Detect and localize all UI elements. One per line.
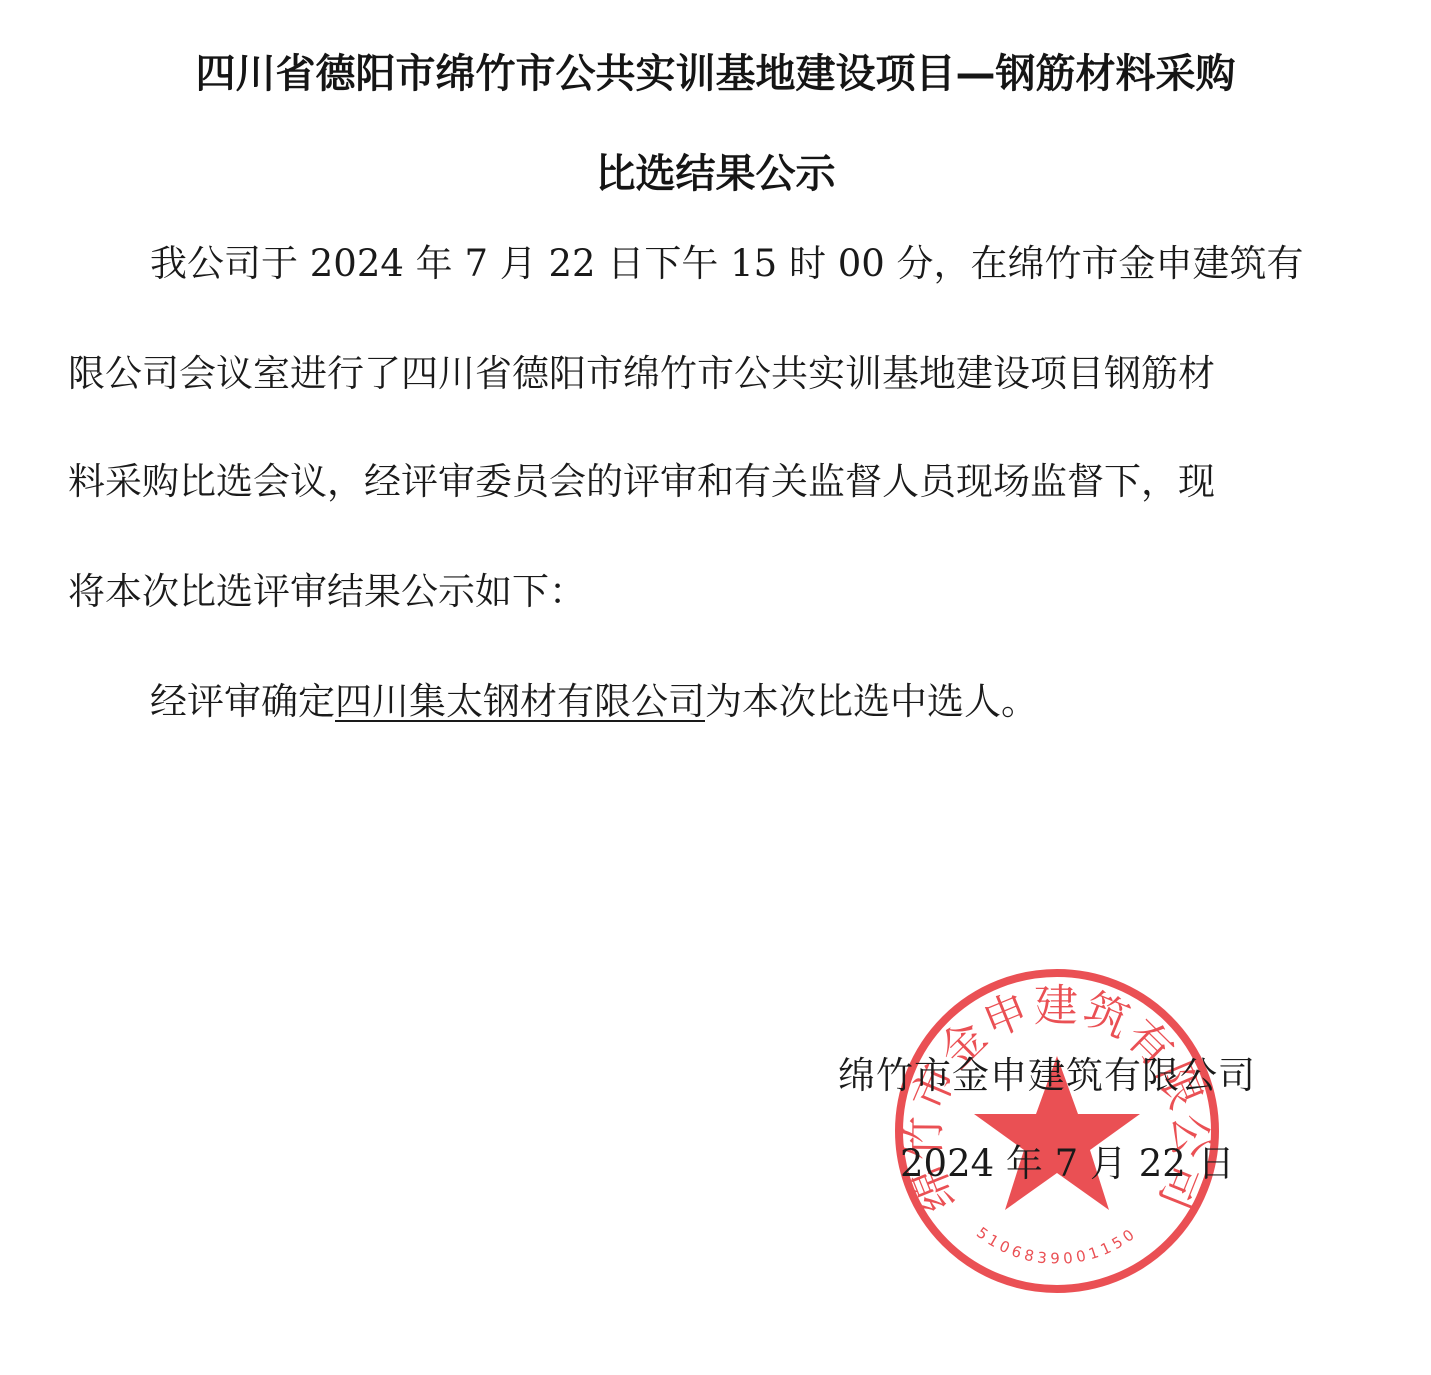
paragraph-1-line-3: 料采购比选会议，经评审委员会的评审和有关监督人员现场监督下，现 [68, 462, 1368, 502]
document-title-line-2: 比选结果公示 [0, 142, 1431, 199]
paragraph-1-line-2: 限公司会议室进行了四川省德阳市绵竹市公共实训基地建设项目钢筋材 [68, 354, 1368, 394]
document-page: 四川省德阳市绵竹市公共实训基地建设项目—钢筋材料采购 比选结果公示 我公司于 2… [0, 0, 1431, 1375]
company-seal: 绵竹市金申建筑有限公司 5106839001150 [892, 966, 1222, 1296]
paragraph-1-line-1: 我公司于 2024 年 7 月 22 日下午 15 时 00 分，在绵竹市金申建… [150, 244, 1431, 284]
document-title-line-1: 四川省德阳市绵竹市公共实训基地建设项目—钢筋材料采购 [0, 42, 1431, 99]
paragraph-2: 经评审确定四川集太钢材有限公司为本次比选中选人。 [150, 682, 1431, 722]
seal-code: 5106839001150 [973, 1223, 1141, 1267]
winning-company: 四川集太钢材有限公司 [335, 680, 705, 723]
signature-company: 绵竹市金申建筑有限公司 [838, 1056, 1256, 1096]
signature-date: 2024 年 7 月 22 日 [900, 1144, 1235, 1184]
paragraph-1-line-4: 将本次比选评审结果公示如下： [68, 572, 1368, 612]
result-prefix: 经评审确定 [150, 680, 335, 723]
result-suffix: 为本次比选中选人。 [705, 680, 1038, 723]
